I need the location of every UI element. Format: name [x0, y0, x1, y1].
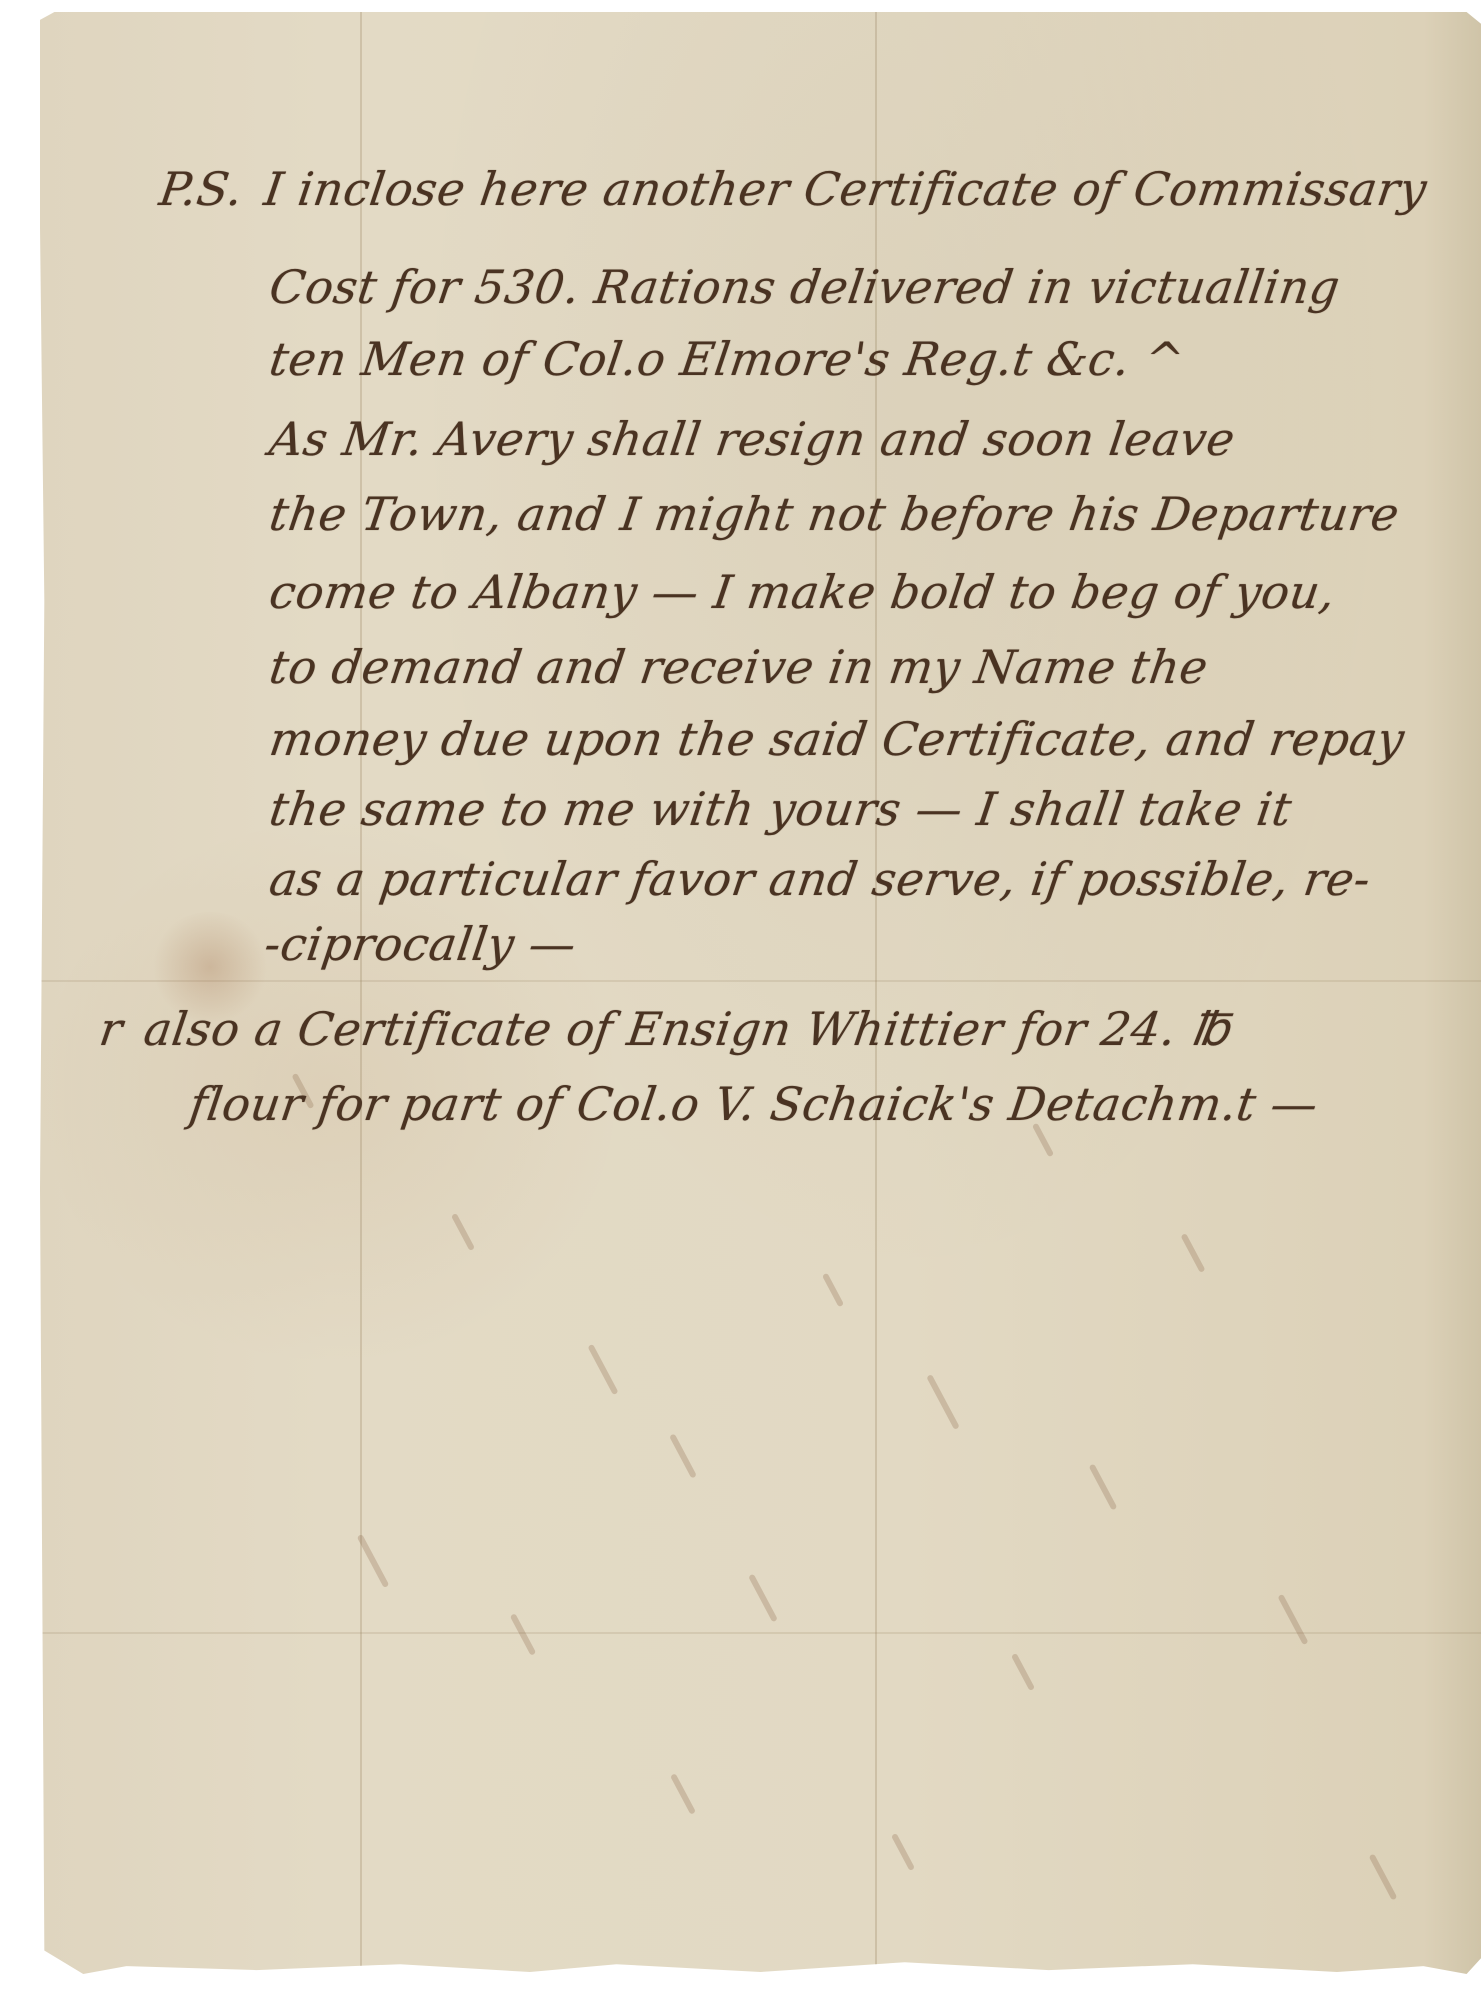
letter-line-5: the Town, and I might not before his Dep… [266, 487, 1403, 541]
handwritten-letter: P.S.I inclose here another Certificate o… [40, 12, 1481, 1974]
letter-line-11: -ciprocally — [261, 917, 579, 971]
letter-line-1: P.S.I inclose here another Certificate o… [156, 162, 1430, 216]
margin-mark: r [96, 1002, 126, 1056]
paper-sheet: P.S.I inclose here another Certificate o… [40, 12, 1481, 1974]
letter-line-6: come to Albany — I make bold to beg of y… [266, 565, 1339, 619]
letter-line-13: flour for part of Col.o V. Schaick's Det… [186, 1077, 1321, 1131]
letter-line-9: the same to me with yours — I shall take… [266, 782, 1295, 836]
letter-line-3: ten Men of Col.o Elmore's Reg.t &c. ^ [266, 332, 1188, 386]
letter-line-12: ralso a Certificate of Ensign Whittier f… [96, 1002, 1233, 1056]
postscript-mark: P.S. [156, 162, 246, 216]
letter-line-2: Cost for 530. Rations delivered in victu… [266, 260, 1343, 314]
letter-line-10: as a particular favor and serve, if poss… [266, 852, 1374, 906]
letter-line-4: As Mr. Avery shall resign and soon leave [266, 412, 1238, 466]
letter-line-7: to demand and receive in my Name the [266, 640, 1211, 694]
letter-line-8: money due upon the said Certificate, and… [266, 712, 1408, 766]
